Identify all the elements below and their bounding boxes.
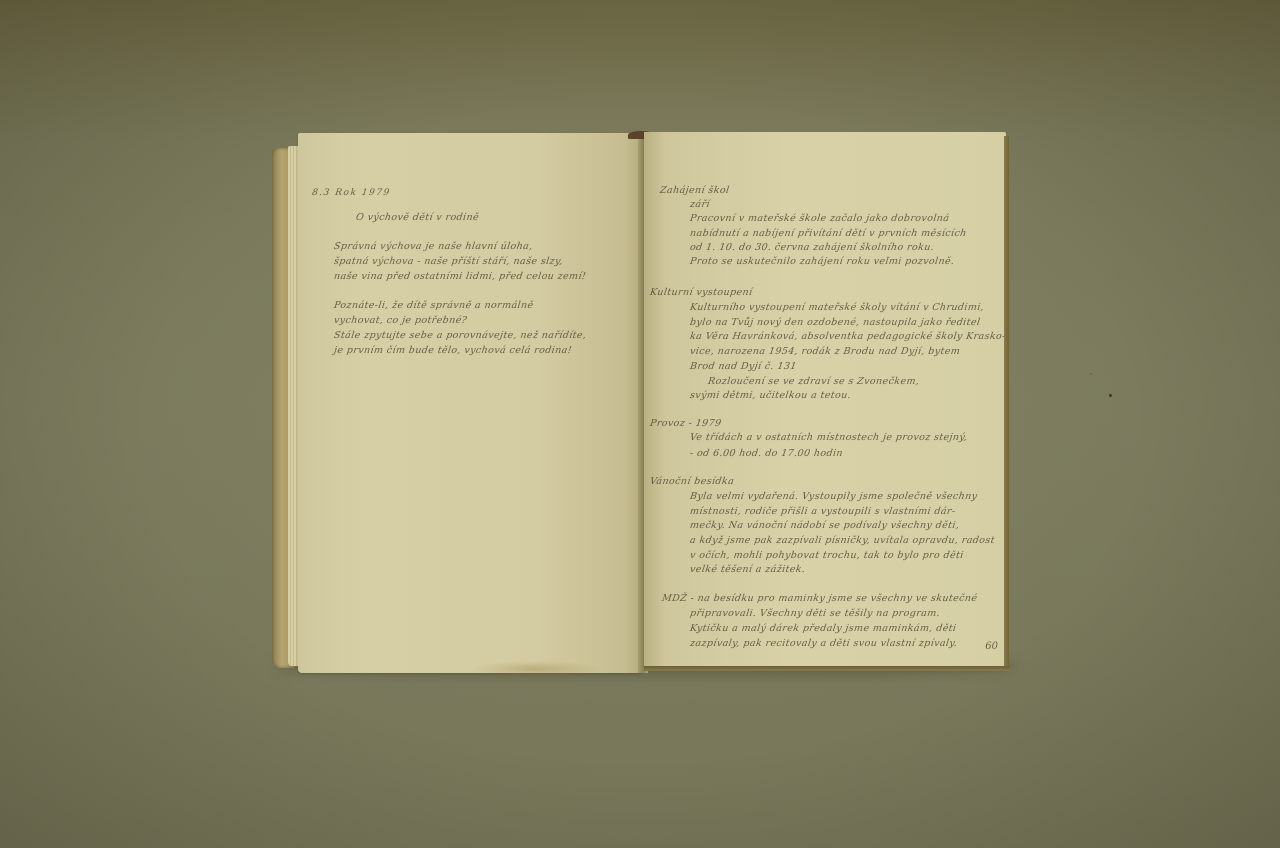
handwritten-line: Poznáte-li, že dítě správně a normálně [333, 300, 534, 311]
handwritten-line: Proto se uskutečnilo zahájení roku velmi… [689, 256, 955, 267]
open-notebook: 8.3 Rok 1979 O výchově dětí v rodině Spr… [272, 128, 1014, 676]
handwritten-line: Byla velmi vydařená. Vystoupily jsme spo… [689, 491, 978, 502]
section-heading: Zahájení škol [659, 185, 730, 196]
handwritten-line: a když jsme pak zazpívali písničky, uvít… [689, 535, 995, 546]
section-heading: Kulturní vystoupení [649, 287, 753, 298]
handwritten-line: bylo na Tvůj nový den ozdobené, nastoupi… [689, 317, 981, 328]
handwritten-line: místnosti, rodiče přišli a vystoupili s … [689, 506, 956, 517]
handwritten-line: září [689, 199, 710, 210]
handwritten-line: Kulturního vystoupení mateřské školy vít… [689, 302, 985, 313]
handwritten-line: svými dětmi, učitelkou a tetou. [689, 390, 852, 401]
handwritten-line: je prvním čím bude tělo, vychová celá ro… [333, 345, 572, 356]
handwritten-line: velké těšení a zážitek. [689, 564, 806, 575]
book-cover-right-edge [1004, 136, 1009, 666]
handwritten-line: Stále zpytujte sebe a porovnávejte, než … [333, 330, 587, 341]
dust-speck [1109, 394, 1112, 397]
handwritten-line: připravovali. Všechny děti se těšily na … [689, 608, 941, 619]
section-number: 8.3 Rok 1979 [311, 188, 391, 198]
handwritten-line: zazpívaly, pak recitovaly a děti svou vl… [689, 638, 958, 649]
handwritten-line: Ve třídách a v ostatních místnostech je … [689, 432, 968, 443]
section-heading: Vánoční besídka [649, 476, 735, 487]
left-page-heading: O výchově dětí v rodině [355, 212, 480, 223]
handwritten-line: nabídnutí a nabíjení přivítání dětí v pr… [689, 228, 967, 239]
handwritten-line: Kytičku a malý dárek předaly jsme mamink… [689, 623, 957, 634]
handwritten-line: Správná výchova je naše hlavní úloha, [333, 241, 533, 252]
handwritten-line: Pracovní v mateřské škole začalo jako do… [689, 213, 950, 224]
handwritten-line: ka Věra Havránková, absolventka pedagogi… [689, 331, 1006, 342]
left-page: 8.3 Rok 1979 O výchově dětí v rodině Spr… [298, 133, 641, 673]
handwritten-line: Rozloučení se ve zdraví se s Zvonečkem, [707, 376, 920, 387]
handwritten-line: špatná výchova - naše příští stáří, naše… [333, 256, 563, 267]
dust-speck [1090, 373, 1092, 375]
handwritten-line: od 1. 10. do 30. června zahájení školníh… [689, 242, 935, 253]
page-number: 60 [985, 641, 998, 652]
book-cover-bottom-edge [644, 666, 1010, 671]
handwritten-line: naše vina před ostatními lidmi, před cel… [333, 271, 587, 282]
handwritten-line: vice, narozena 1954, rodák z Brodu nad D… [689, 346, 961, 357]
handwritten-line: v očích, mohli pohybovat trochu, tak to … [689, 550, 964, 561]
right-page: Zahájení škol září Pracovní v mateřské š… [644, 132, 1006, 668]
section-heading: Provoz - 1979 [649, 418, 722, 429]
handwritten-line: MDŽ - na besídku pro maminky jsme se vše… [661, 593, 978, 604]
handwritten-line: vychovat, co je potřebné? [333, 315, 468, 326]
handwritten-line: mečky. Na vánoční nádobí se podívaly vše… [689, 520, 960, 531]
handwritten-line: Brod nad Dyjí č. 131 [689, 361, 797, 372]
handwritten-line: - od 6.00 hod. do 17.00 hodin [689, 448, 843, 459]
